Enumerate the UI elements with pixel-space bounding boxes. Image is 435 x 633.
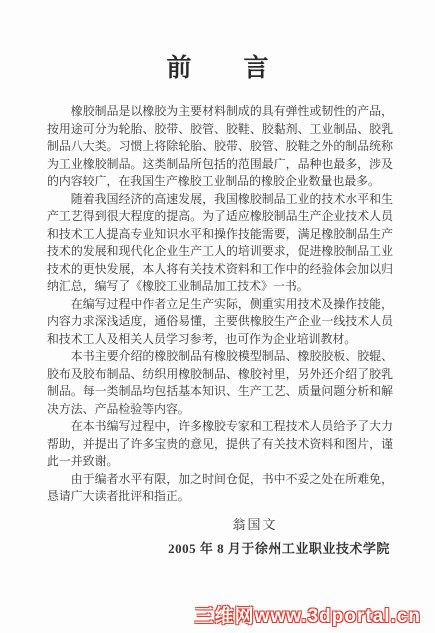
paragraph-2: 随着我国经济的高速发展，我国橡胶制品工业的技术水平和生产工艺得到很大程度的提高。… <box>47 191 393 296</box>
paragraph-5: 在本书编写过程中，许多橡胶专家和工程技术人员给予了大力帮助，并提出了许多宝贵的意… <box>47 418 393 471</box>
paragraph-1: 橡胶制品是以橡胶为主要材料制成的具有弹性或韧性的产品，按用途可分为轮胎、胶带、胶… <box>47 103 393 191</box>
signature-dateline: 2005 年 8 月于徐州工业职业技术学院 <box>160 537 398 561</box>
paragraph-4: 本书主要介绍的橡胶制品有橡胶模型制品、橡胶胶板、胶辊、胶布及胶布制品、纺织用橡胶… <box>47 348 393 418</box>
scanned-book-page: 前 言 橡胶制品是以橡胶为主要材料制成的具有弹性或韧性的产品，按用途可分为轮胎、… <box>0 0 435 633</box>
signature-block: 翁国文 2005 年 8 月于徐州工业职业技术学院 <box>160 513 398 561</box>
author-name: 翁国文 <box>160 513 398 537</box>
paragraph-6: 由于编者水平有限，加之时间仓促，书中不妥之处在所难免，恳请广大读者批评和指正。 <box>47 471 393 506</box>
preface-body: 橡胶制品是以橡胶为主要材料制成的具有弹性或韧性的产品，按用途可分为轮胎、胶带、胶… <box>47 103 393 506</box>
watermark-3dportal: 三维网www.3dportal.cn <box>195 601 421 628</box>
page-title: 前 言 <box>0 48 435 84</box>
paragraph-3: 在编写过程中作者立足生产实际，侧重实用技术及操作技能，内容力求深浅适度，通俗易懂… <box>47 296 393 349</box>
title-char-word: 言 <box>244 48 269 84</box>
title-char-front: 前 <box>166 48 191 84</box>
